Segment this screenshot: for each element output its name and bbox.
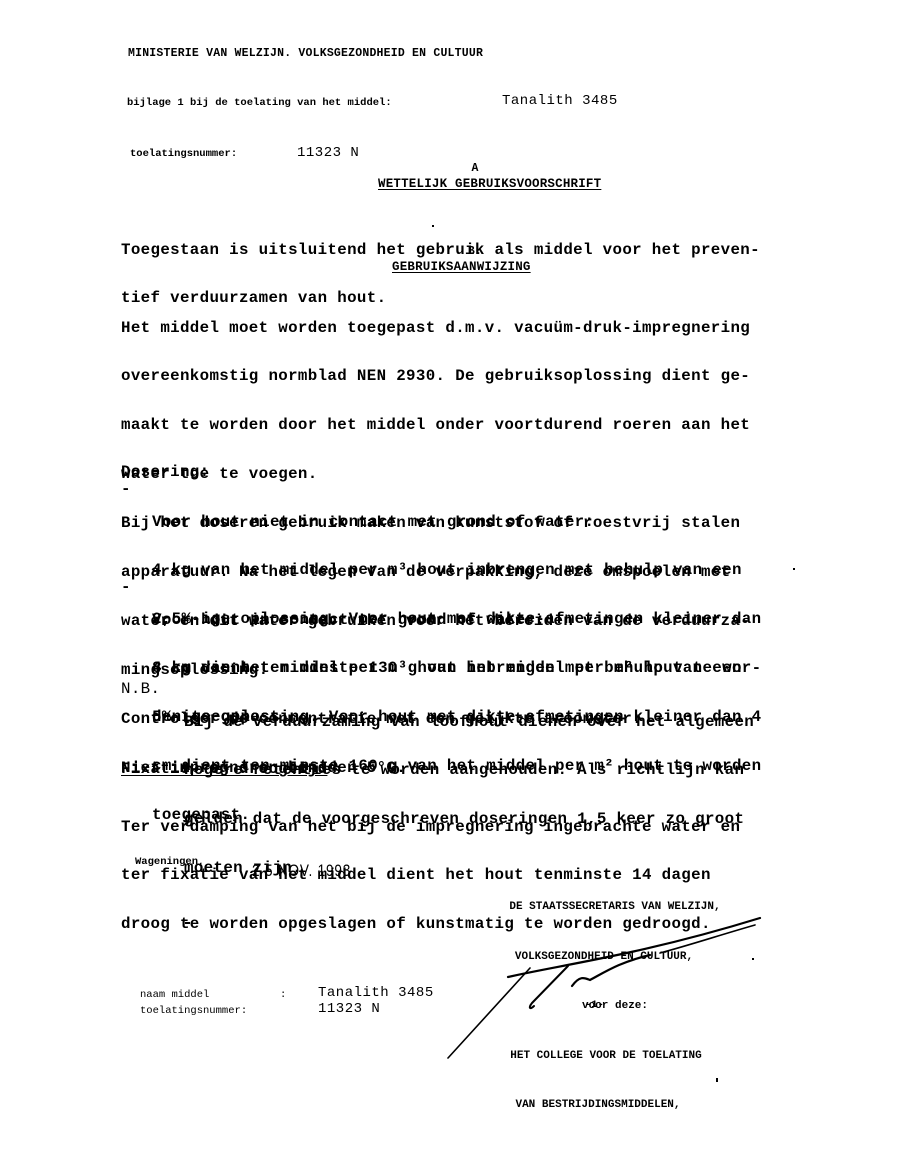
scan-mark (752, 958, 754, 960)
scan-mark (716, 1078, 718, 1082)
scan-mark (185, 922, 190, 924)
document-page: MINISTERIE VAN WELZIJN. VOLKSGEZONDHEID … (0, 0, 900, 1157)
handwritten-signature-icon (0, 0, 900, 1157)
scan-mark (432, 225, 434, 227)
scan-mark (793, 568, 795, 570)
